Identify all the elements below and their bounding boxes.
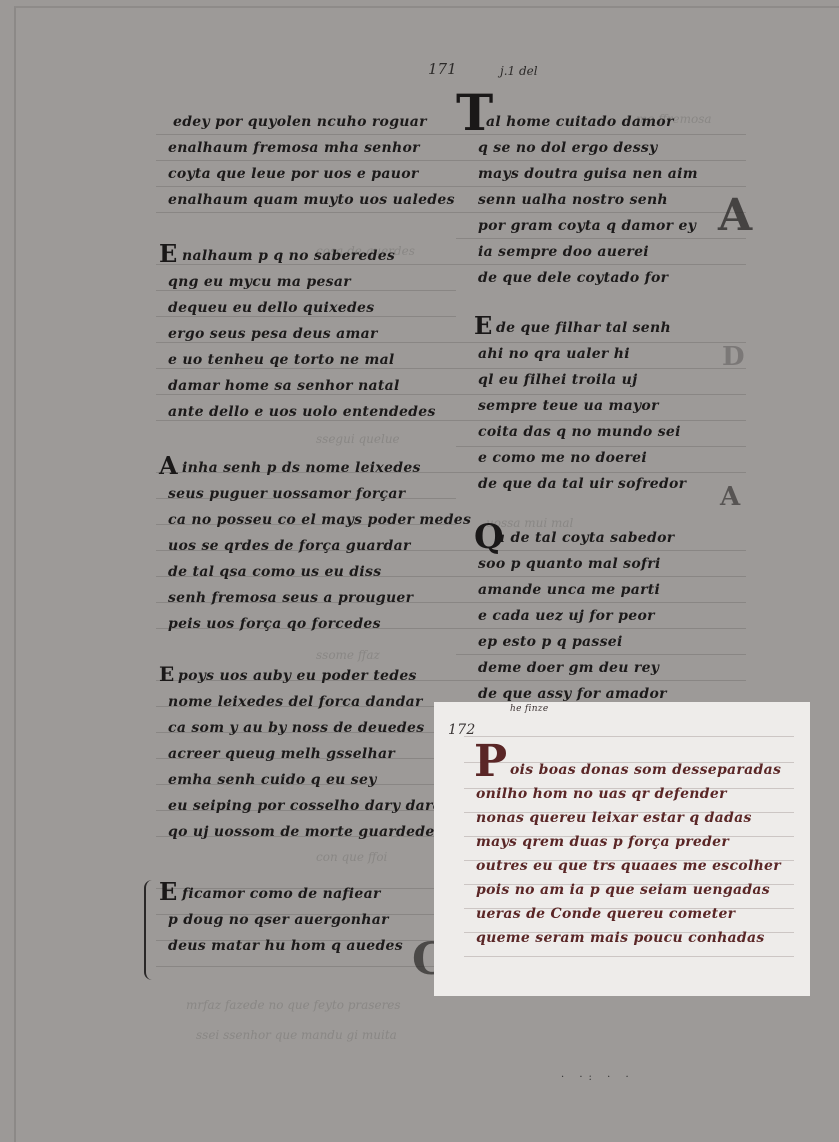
ruled-line — [456, 160, 746, 161]
ruled-line — [456, 654, 746, 655]
verse-line: emha senh cuido q eu sey — [168, 772, 377, 788]
verse-line: soo p quanto mal sofri — [478, 556, 661, 572]
bleed-through-text: ssome ffaz — [316, 648, 380, 662]
ruled-line — [456, 472, 746, 473]
verse-line: ergo seus pesa deus amar — [168, 326, 378, 342]
verse-line: de que dele coytado for — [478, 270, 668, 286]
margin-initial: D — [722, 344, 745, 370]
ruled-line — [456, 680, 746, 681]
margin-bracket — [144, 880, 154, 980]
highlighted-region: he finze 172 P ois boas donas som dessep… — [434, 702, 810, 996]
initial-letter: E — [159, 664, 174, 684]
ruled-line — [156, 160, 456, 161]
verse-line: ca som y au by noss de deuedes — [168, 720, 424, 736]
verse-line: e cada uez uj for peor — [478, 608, 655, 624]
verse-line: seus puguer uossamor forçar — [168, 486, 405, 502]
verse-line: p doug no qser auergonhar — [168, 912, 389, 928]
verse-line: de que filhar tal senh — [496, 320, 671, 336]
verse-line: mays doutra guisa nen aim — [478, 166, 698, 182]
verse-line: nome leixedes del forca dandar — [168, 694, 423, 710]
bleed-through-text: con que ffoi — [316, 850, 387, 864]
verse-line: nonas quereu leixar estar q dadas — [476, 810, 752, 826]
ruled-line — [156, 134, 456, 135]
verse-line: poys uos auby eu poder tedes — [178, 668, 417, 684]
verse-line: de que da tal uir sofredor — [478, 476, 686, 492]
ruled-line — [156, 368, 456, 369]
margin-initial: A — [718, 194, 752, 238]
initial-letter: E — [159, 242, 177, 266]
verse-line: deus matar hu hom q auedes — [168, 938, 403, 954]
ruled-line — [156, 316, 456, 317]
verse-line: uos se qrdes de força guardar — [168, 538, 411, 554]
folio-note: j.1 del — [500, 64, 538, 78]
verse-line: ia sempre doo auerei — [478, 244, 649, 260]
ink-specks: · ·: · · — [561, 1072, 635, 1083]
verse-line: acreer queug melh gsselhar — [168, 746, 395, 762]
verse-line: outres eu que trs quaaes me escolher — [476, 858, 781, 874]
verse-line: ql eu filhei troila uj — [478, 372, 638, 388]
initial-letter: E — [159, 880, 177, 904]
ruled-line — [456, 134, 746, 135]
verse-line: nalhaum p q no saberedes — [182, 248, 395, 264]
verse-line: a de tal coyta sabedor — [496, 530, 674, 546]
verse-line: enalhaum quam muyto uos ualedes — [168, 192, 455, 208]
ruled-line — [156, 290, 456, 291]
verse-line: onilho hom no uas qr defender — [476, 786, 727, 802]
folio-number: 171 — [428, 60, 457, 78]
verse-line: peis uos força qo forcedes — [168, 616, 381, 632]
verse-line: queme seram mais poucu conhadas — [476, 930, 765, 946]
bleed-through-text: mrfaz fazede no que feyto praseres — [186, 998, 401, 1012]
verse-line: dequeu eu dello quixedes — [168, 300, 374, 316]
verse-line: sempre teue ua mayor — [478, 398, 659, 414]
verse-line: e uo tenheu qe torto ne mal — [168, 352, 395, 368]
verse-line: qo uj uossom de morte guardedes — [168, 824, 443, 840]
ruled-line — [156, 342, 456, 343]
verse-line: enalhaum fremosa mha senhor — [168, 140, 420, 156]
verse-line: ep esto p q passei — [478, 634, 623, 650]
ruled-line — [156, 212, 456, 213]
bleed-through-text: ssegui quelue — [316, 432, 400, 446]
verse-line: ca no posseu co el mays poder medes — [168, 512, 471, 528]
initial-letter: A — [159, 454, 178, 478]
song-number: 172 — [448, 722, 476, 738]
verse-line: pois no am ia p que seiam uengadas — [476, 882, 770, 898]
ruled-line — [156, 264, 456, 265]
ruled-line — [156, 420, 456, 421]
ruled-line — [156, 394, 456, 395]
ruled-line — [456, 186, 746, 187]
verse-line: edey por quyolen ncuho roguar — [173, 114, 427, 130]
verse-line: mays qrem duas p força preder — [476, 834, 729, 850]
ruled-line — [464, 956, 794, 957]
verse-line: eu seiping por cosselho dary darei — [168, 798, 448, 814]
verse-line: ueras de Conde quereu cometer — [476, 906, 735, 922]
ruled-line — [456, 602, 746, 603]
initial-letter: T — [456, 88, 493, 138]
verse-line: coita das q no mundo sei — [478, 424, 681, 440]
verse-line: senh fremosa seus a prouguer — [168, 590, 413, 606]
verse-line: qng eu mycu ma pesar — [168, 274, 351, 290]
verse-line: ahi no qra ualer hi — [478, 346, 630, 362]
ruled-line — [156, 186, 456, 187]
verse-line: ois boas donas som desseparadas — [510, 762, 781, 778]
ruled-line — [456, 628, 746, 629]
ruled-line — [456, 212, 746, 213]
verse-line: por gram coyta q damor ey — [478, 218, 696, 234]
ruled-line — [456, 342, 746, 343]
ruled-line — [456, 446, 746, 447]
ruled-line — [456, 394, 746, 395]
verse-line: e como me no doerei — [478, 450, 647, 466]
verse-line: al home cuitado damor — [486, 114, 674, 130]
initial-letter: E — [474, 314, 492, 338]
ruled-line — [456, 368, 746, 369]
verse-line: senn ualha nostro senh — [478, 192, 668, 208]
ruled-line — [456, 264, 746, 265]
initial-letter: P — [474, 740, 507, 784]
ruled-line — [156, 966, 456, 967]
top-note: he finze — [510, 704, 548, 714]
verse-line: ante dello e uos uolo entendedes — [168, 404, 436, 420]
verse-line: de que assy for amador — [478, 686, 667, 702]
ruled-line — [456, 238, 746, 239]
verse-line: amande unca me parti — [478, 582, 660, 598]
margin-initial: A — [720, 484, 740, 510]
bleed-through-text: ssei ssenhor que mandu gi muita — [196, 1028, 397, 1042]
verse-line: ficamor como de nafiear — [182, 886, 381, 902]
ruled-line — [456, 576, 746, 577]
verse-line: inha senh p ds nome leixedes — [182, 460, 421, 476]
verse-line: deme doer gm deu rey — [478, 660, 659, 676]
ruled-line — [456, 420, 746, 421]
verse-line: damar home sa senhor natal — [168, 378, 400, 394]
verse-line: q se no dol ergo dessy — [478, 140, 658, 156]
verse-line: de tal qsa como us eu diss — [168, 564, 381, 580]
ruled-line — [464, 736, 794, 737]
verse-line: coyta que leue por uos e pauor — [168, 166, 419, 182]
